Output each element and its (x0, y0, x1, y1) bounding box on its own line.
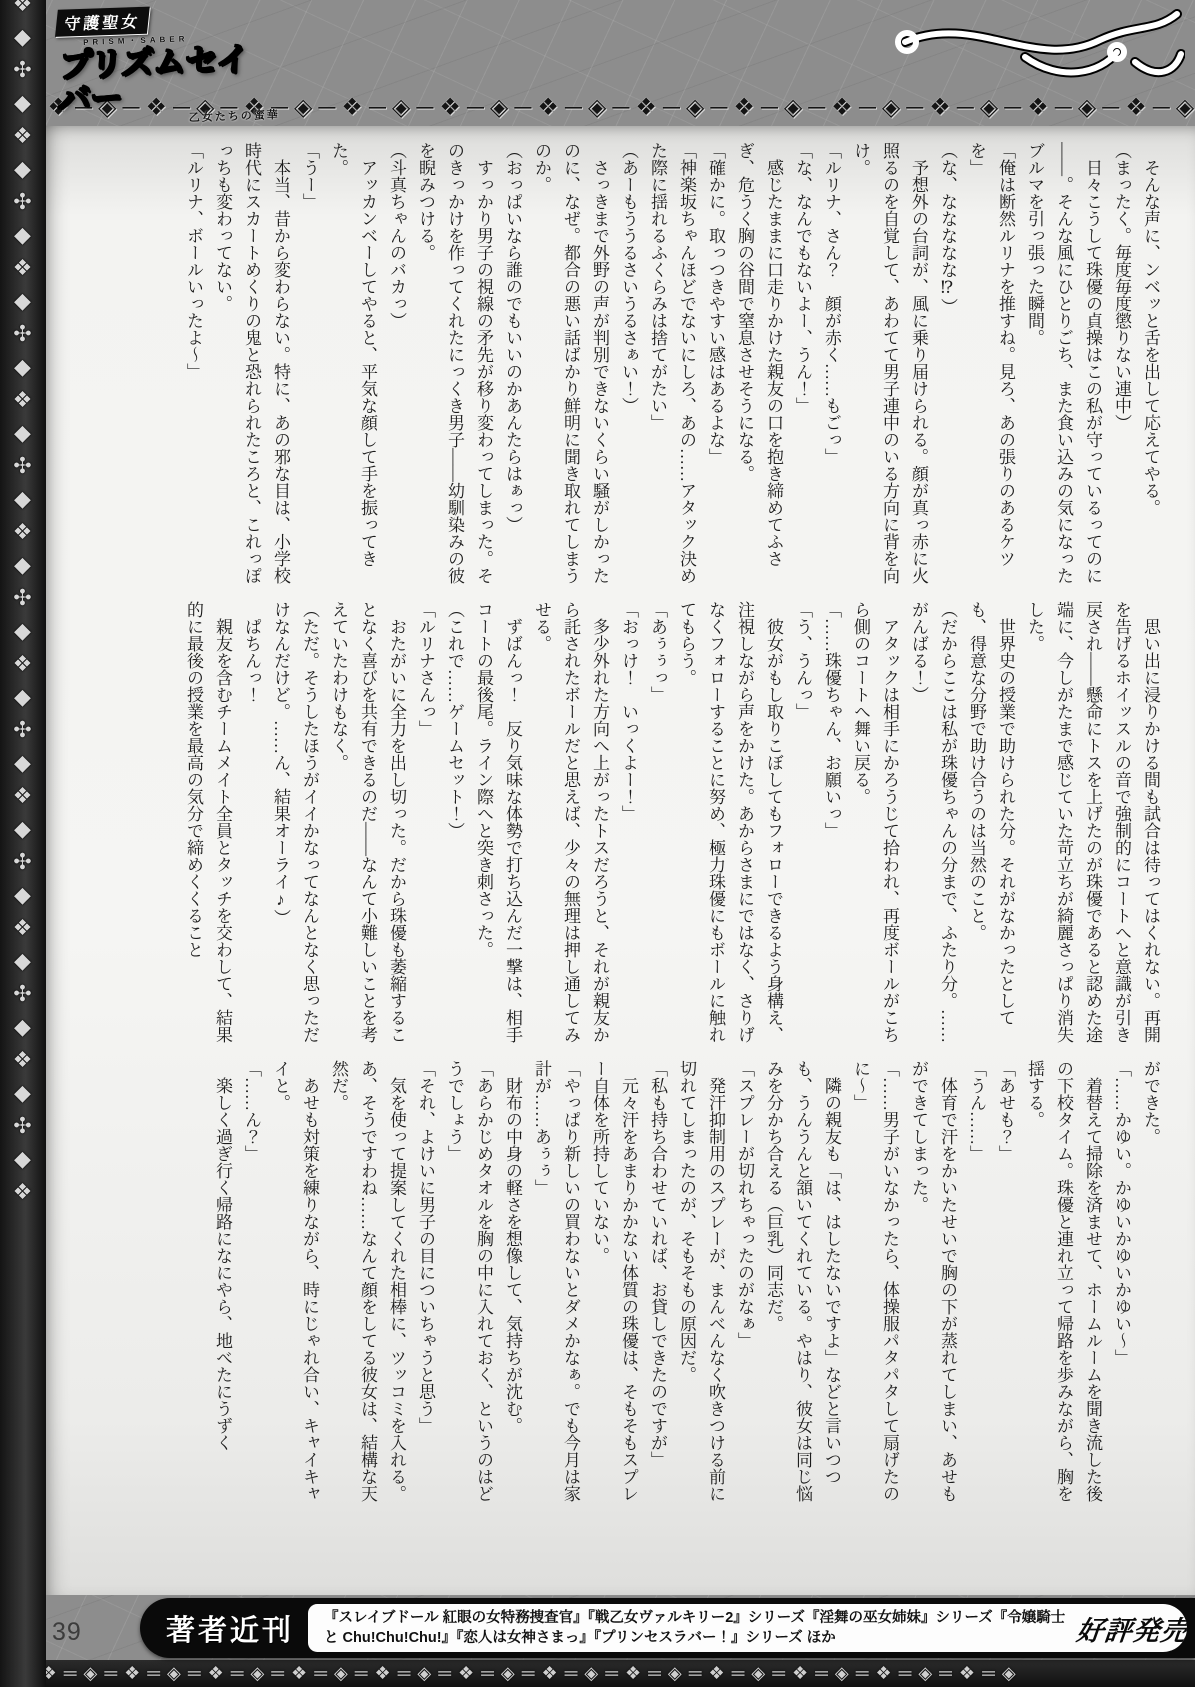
paragraph: 日々こうして珠優の貞操はこの私が守っているってのに――。そんな風にひとりごち、ま… (1020, 142, 1107, 592)
paragraph: （あーもううるさいうるさぁい！） (614, 142, 643, 592)
paragraph: 「……珠優ちゃん、お願いっ」 (817, 601, 846, 1051)
paragraph: 「ルリナ、ボールいったよ～」 (179, 142, 208, 592)
paragraph: そんな声に、ンベッと舌を出して応えてやる。 (1136, 142, 1165, 592)
paragraph: 「あぅぅっ」 (643, 601, 672, 1051)
footer-title-lines: 『スレイブドール 紅眼の女特務捜査官』『戦乙女ヴァルキリー2』シリーズ『淫舞の巫… (324, 1608, 1065, 1649)
paragraph: 「やっぱり新しいの買わないとダメかなぁ。でも今月は家計が……あぅぅ」 (527, 1060, 585, 1510)
novel-page: ◈─❖─◈─❖─◈─❖─◈─❖─◈─❖─◈─❖─◈─❖─◈─❖─◈─❖─◈─❖─… (0, 0, 1195, 1687)
logo-title-text: プリズムセイバー (57, 41, 279, 116)
paragraph: 「おっけ！ いっくよー！」 (614, 601, 643, 1051)
bottom-ornament-border: ◈═❖═◈═❖═◈═❖═◈═❖═◈═❖═◈═❖═◈═❖═◈═❖═◈═❖═◈═❖═… (0, 1660, 1195, 1687)
floral-flourish-icon (885, 2, 1185, 94)
paragraph: 思い出に浸りかける間も試合は待ってはくれない。再開を告げるホイッスルの音で強制的… (1020, 601, 1165, 1051)
paragraph: （だからここは私が珠優ちゃんの分まで、ふたり分。……がんばる！） (904, 601, 962, 1051)
paragraph: 「神楽坂ちゃんほどでないにしろ、あの……アタック決めた際に揺れるふくらみは捨てが… (643, 142, 701, 592)
paragraph: アッカンベーしてやると、平気な顔して手を振ってきた。 (324, 142, 382, 592)
paragraph: 「……かゆい。かゆいかゆいかゆい～」 (1107, 1060, 1136, 1510)
ornament-chain-icon: ◈═❖═◈═❖═◈═❖═◈═❖═◈═❖═◈═❖═◈═❖═◈═❖═◈═❖═◈═❖═… (0, 1663, 1023, 1684)
paragraph: 楽しく過ぎ行く帰路になにやら、地べたにうずく (208, 1060, 237, 1510)
page-paper: そんな声に、ンベッと舌を出して応えてやる。（まったく。毎度毎度懲りない連中） 日… (46, 126, 1195, 1595)
paragraph: 「あらかじめタオルを胸の中に入れておく、というのはどうでしょう」 (440, 1060, 498, 1510)
paragraph: （まったく。毎度毎度懲りない連中） (1107, 142, 1136, 592)
ornament-chain-icon: ❖◆✣◆❖◆✣◆❖◆✣◆❖◆✣◆❖◆✣◆❖◆✣◆❖◆✣◆❖◆✣◆❖◆✣◆❖ (0, 0, 46, 1687)
paragraph: 多少外れた方向へ上がったトスだろうと、それが親友から託されたボールだと思えば、少… (527, 601, 614, 1051)
paragraph: 世界史の授業で助けられた分。それがなかったとしても、得意な分野で助け合うのは当然… (962, 601, 1020, 1051)
paragraph: 気を使って提案してくれた相棒に、ツッコミを入れる。あ、そうですわね……なんて顔を… (324, 1060, 411, 1510)
paragraph: 「……ん？」 (237, 1060, 266, 1510)
paragraph: 「……男子がいなかったら、体操服パタパタして扇げたのに～」 (846, 1060, 904, 1510)
text-band-2: 思い出に浸りかける間も試合は待ってはくれない。再開を告げるホイッスルの音で強制的… (70, 601, 1165, 1051)
paragraph: アタックは相手にかろうじて拾われ、再度ボールがこちら側のコートへ舞い戻る。 (846, 601, 904, 1051)
footer-publications-bar: 著者近刊 『スレイブドール 紅眼の女特務捜査官』『戦乙女ヴァルキリー2』シリーズ… (140, 1598, 1195, 1658)
text-band-1: そんな声に、ンベッと舌を出して応えてやる。（まったく。毎度毎度懲りない連中） 日… (70, 142, 1165, 592)
paragraph: 「うん……」 (962, 1060, 991, 1510)
series-logo: 守護聖女 PRISM・SABER プリズムセイバー 乙女たちの蜜華 (56, 2, 280, 130)
paragraph: 財布の中身の軽さを想像して、気持ちが沈む。 (498, 1060, 527, 1510)
paragraph: ができた。 (1136, 1060, 1165, 1510)
paragraph: ぱちんっ！ (237, 601, 266, 1051)
paragraph: 感じたままに口走りかけた親友の口を抱き締めてふさぎ、危うく胸の谷間で窒息させそう… (730, 142, 788, 592)
paragraph: 「な、なんでもないよー、うん！」 (788, 142, 817, 592)
paragraph: （斗真ちゃんのバカっ） (382, 142, 411, 592)
paragraph: 「それ、よけいに男子の目についちゃうと思う」 (411, 1060, 440, 1510)
left-ornament-border: ❖◆✣◆❖◆✣◆❖◆✣◆❖◆✣◆❖◆✣◆❖◆✣◆❖◆✣◆❖◆✣◆❖◆✣◆❖ (0, 0, 46, 1687)
on-sale-badge: 好評発売中！ (1075, 1609, 1187, 1648)
paragraph: 「スプレーが切れちゃったのがなぁ」 (730, 1060, 759, 1510)
paragraph: あせも対策を練りながら、時にじゃれ合い、キャイキャイと。 (266, 1060, 324, 1510)
paragraph: すっかり男子の視線の矛先が移り変わってしまった。そのきっかけを作ってくれたにっく… (411, 142, 498, 592)
paragraph: 体育で汗をかいたせいで胸の下が蒸れてしまい、あせもができてしまった。 (904, 1060, 962, 1510)
paragraph: 「あせも？」 (991, 1060, 1020, 1510)
text-band-3: ができた。「……かゆい。かゆいかゆいかゆい～」 着替えて掃除を済ませて、ホームル… (70, 1060, 1165, 1510)
paragraph: （これで……ゲームセット！） (440, 601, 469, 1051)
paragraph: 本当、昔から変わらない。特に、あの邪な目は、小学校時代にスカートめくりの鬼と恐れ… (208, 142, 295, 592)
paragraph: （ただ。そうしたほうがイイかなってなんとなく思っただけなんだけど。……ん、結果オ… (266, 601, 324, 1051)
paragraph: 「う、うんっ」 (788, 601, 817, 1051)
paragraph: 発汗抑制用のスプレーが、まんべんなく吹きつける前に切れてしまったのが、そもそもの… (672, 1060, 730, 1510)
paragraph: 「確かに。取っつきやすい感はあるよな」 (701, 142, 730, 592)
paragraph: 元々汗をあまりかかない体質の珠優は、そもそもスプレー自体を所持していない。 (585, 1060, 643, 1510)
paragraph: 着替えて掃除を済ませて、ホームルームを聞き流した後の下校タイム。珠優と連れ立って… (1020, 1060, 1107, 1510)
paragraph: （おっぱいなら誰のでもいいのかあんたらはぁっ） (498, 142, 527, 592)
paragraph: 親友を含むチームメイト全員とタッチを交わして、結果的に最後の授業を最高の気分で締… (179, 601, 237, 1051)
paragraph: さっきまで外野の声が判別できないくらい騒がしかったのに、なぜ。都合の悪い話ばかり… (527, 142, 614, 592)
footer-title-line-1: 『スレイブドール 紅眼の女特務捜査官』『戦乙女ヴァルキリー2』シリーズ『淫舞の巫… (324, 1608, 1065, 1628)
paragraph: 予想外の台詞が、風に乗り届けられる。顔が真っ赤に火照るのを自覚して、あわてて男子… (846, 142, 933, 592)
page-number: 39 (52, 1618, 82, 1647)
paragraph: 「ルリナさんっ」 (411, 601, 440, 1051)
footer-title-line-2: と Chu!Chu!Chu!』『恋人は女神さまっ』『プリンセスラバー！』シリーズ… (324, 1628, 1065, 1648)
paragraph: 隣の親友も「は、はしたないですよ」などと言いつつも、うんうんと頷いてくれている。… (759, 1060, 846, 1510)
paragraph: 「ルリナ、さん？ 顔が赤く……もごっ」 (817, 142, 846, 592)
paragraph: おたがいに全力を出し切った。だから珠優も萎縮することなく喜びを共有できるのだ――… (324, 601, 411, 1051)
paragraph: 彼女がもし取りこぼしてもフォローできるよう身構え、注視しながら声をかけた。あから… (672, 601, 788, 1051)
footer-titles-box: 『スレイブドール 紅眼の女特務捜査官』『戦乙女ヴァルキリー2』シリーズ『淫舞の巫… (308, 1604, 1187, 1652)
paragraph: （な、ななななな⁉） (933, 142, 962, 592)
paragraph: ずばんっ！ 反り気味な体勢で打ち込んだ一撃は、相手コートの最後尾。ライン際へと突… (469, 601, 527, 1051)
paragraph: 「俺は断然ルリナを推すね。見ろ、あの張りのあるケツを」 (962, 142, 1020, 592)
paragraph: 「うー」 (295, 142, 324, 592)
footer-label: 著者近刊 (166, 1608, 294, 1649)
logo-crest-text: 守護聖女 (55, 7, 150, 37)
paragraph: 「私も持ち合わせていれば、お貸しできたのですが」 (643, 1060, 672, 1510)
